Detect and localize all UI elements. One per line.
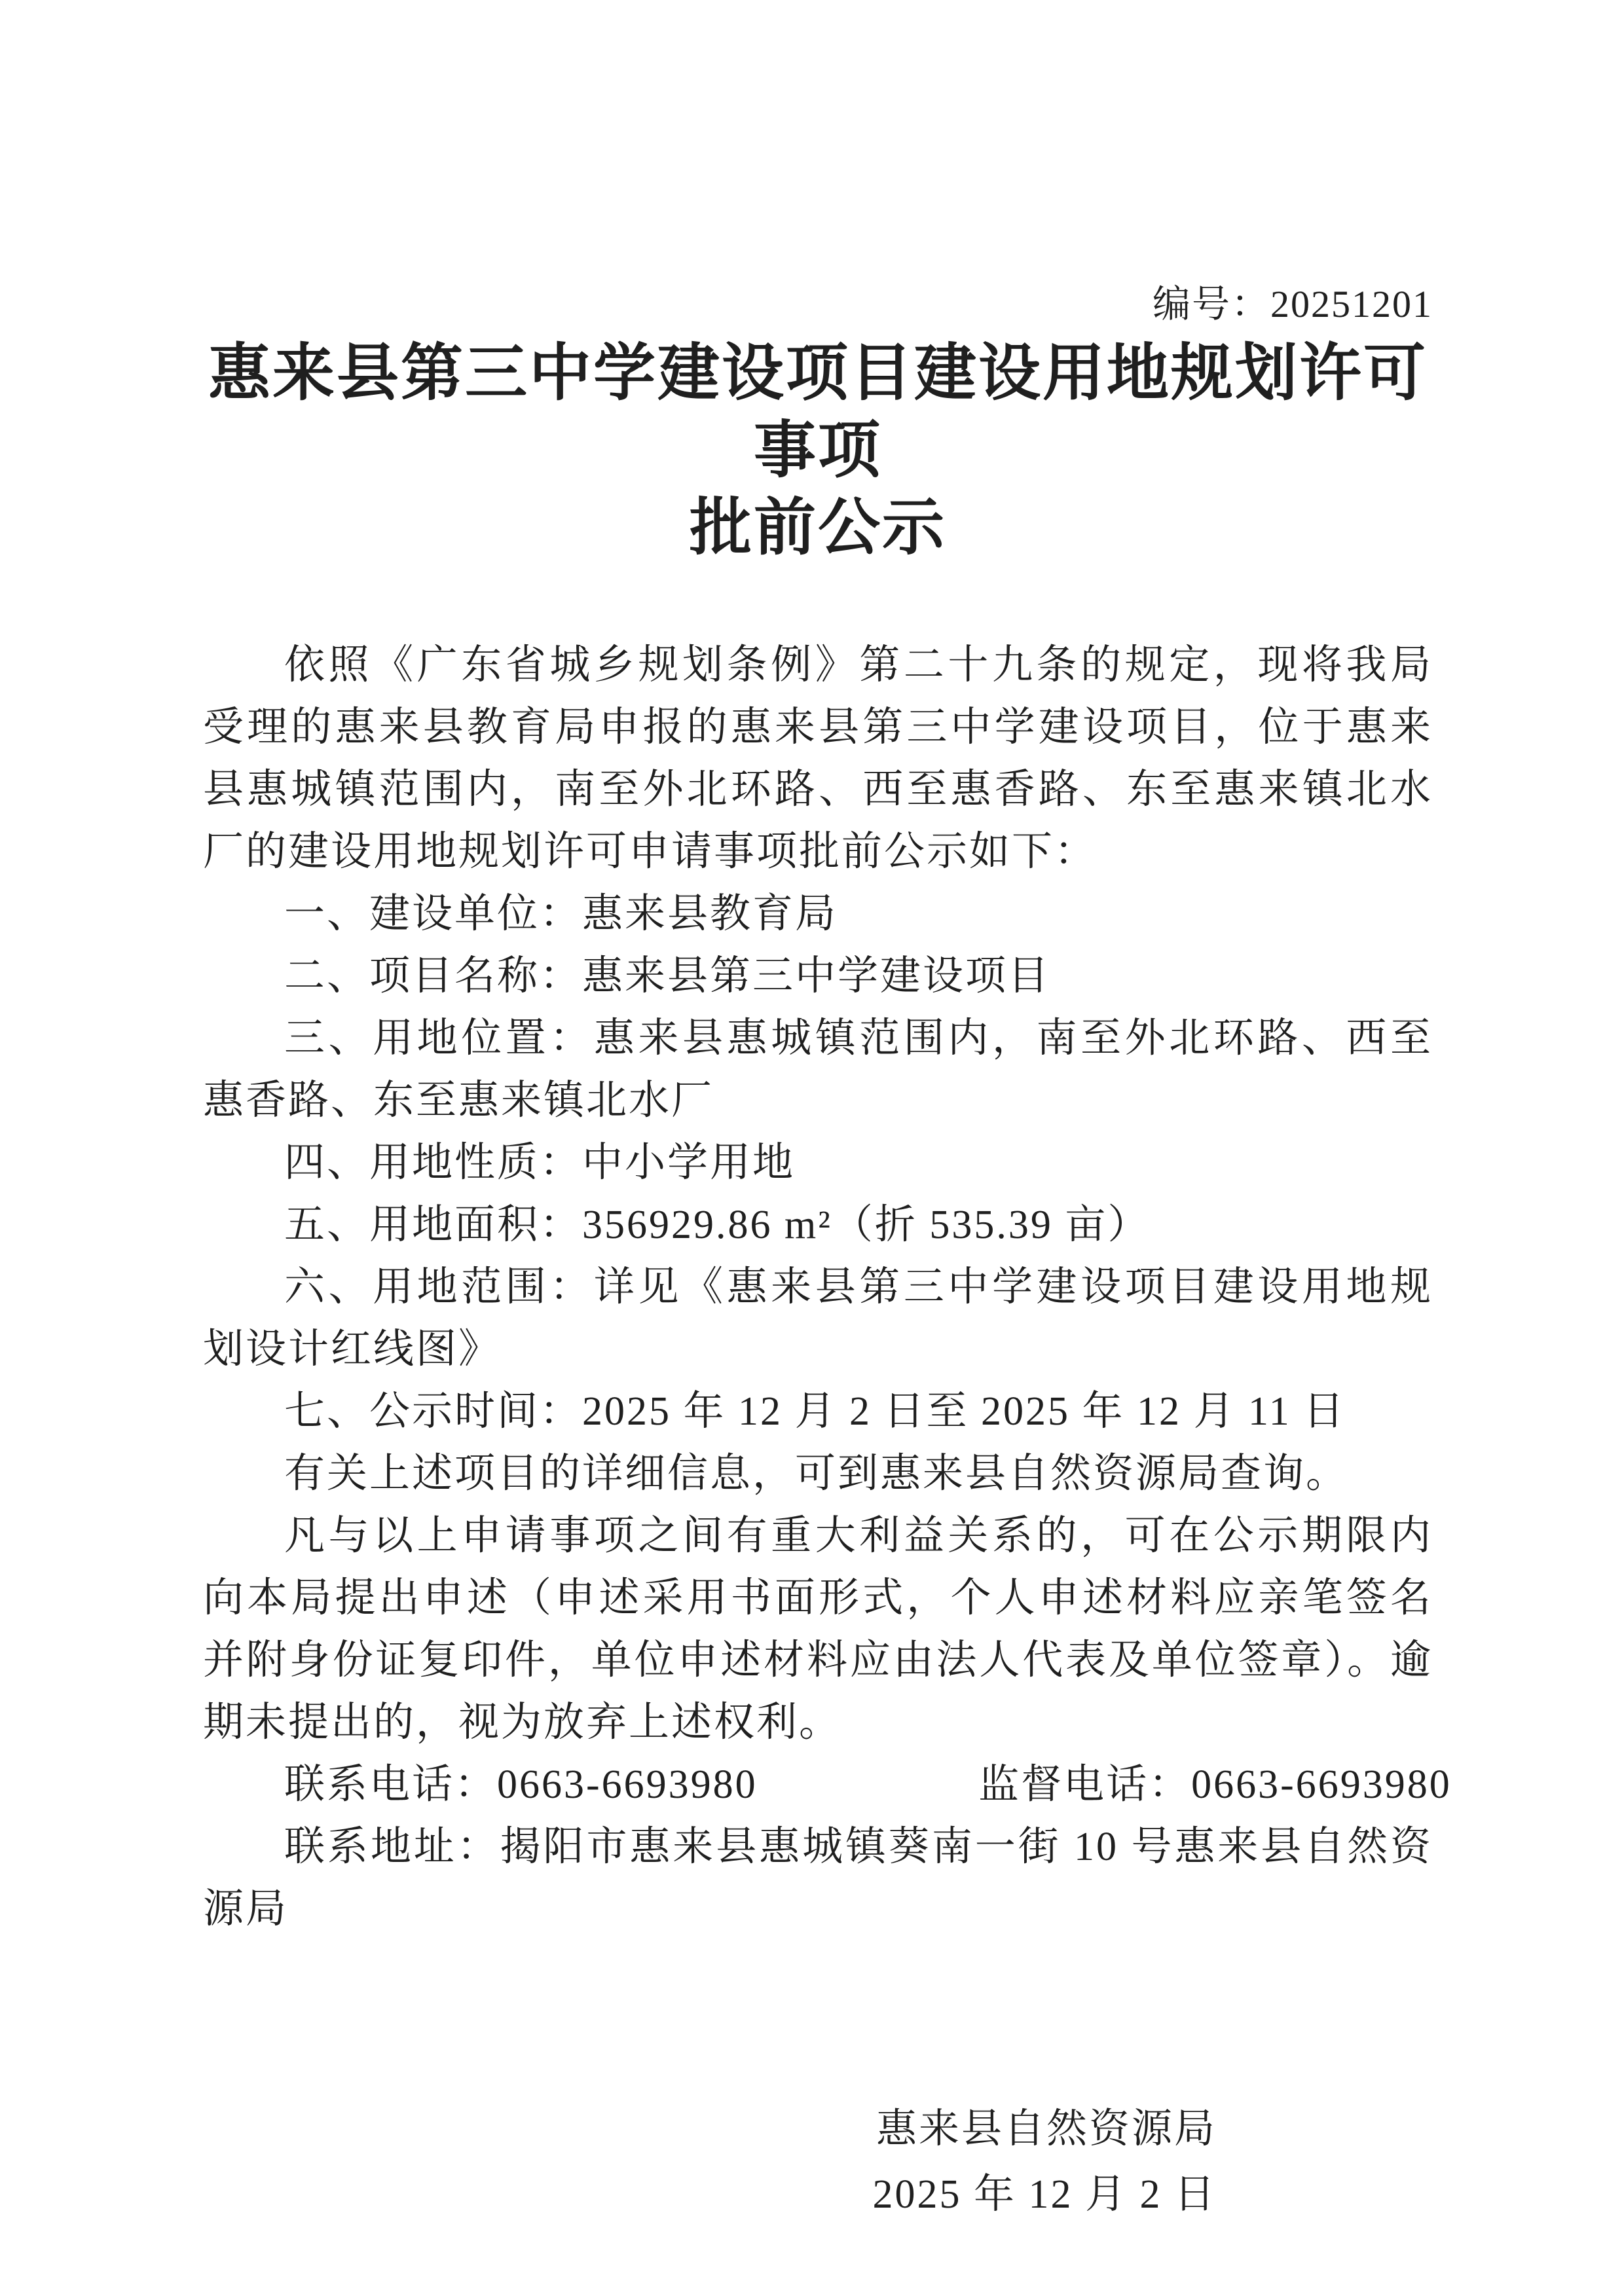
document-page: 编号：20251201 惠来县第三中学建设项目建设用地规划许可事项 批前公示 依… xyxy=(0,0,1624,2296)
issue-date: 2025 年 12 月 2 日 xyxy=(203,2162,1217,2227)
item-project-name: 二、项目名称：惠来县第三中学建设项目 xyxy=(203,945,1433,1008)
contact-address: 联系地址：揭阳市惠来县惠城镇葵南一街 10 号惠来县自然资源局 xyxy=(203,1816,1433,1941)
paragraph-phones: 联系电话：0663-6693980 监督电话：0663-6693980 xyxy=(203,1754,1433,1816)
page-title-line-1: 惠来县第三中学建设项目建设用地规划许可事项 xyxy=(203,335,1433,489)
item-construction-unit: 一、建设单位：惠来县教育局 xyxy=(203,883,1433,945)
paragraph-info-note: 有关上述项目的详细信息，可到惠来县自然资源局查询。 xyxy=(203,1443,1433,1505)
item-publicity-period: 七、公示时间：2025 年 12 月 2 日至 2025 年 12 月 11 日 xyxy=(203,1381,1433,1443)
supervision-phone: 监督电话：0663-6693980 xyxy=(897,1754,1452,1816)
issuer-signature: 惠来县自然资源局 xyxy=(203,2096,1217,2162)
contact-phone: 联系电话：0663-6693980 xyxy=(284,1762,758,1807)
signature-block: 惠来县自然资源局 2025 年 12 月 2 日 xyxy=(203,2096,1433,2227)
page-title-line-2: 批前公示 xyxy=(203,489,1433,566)
page-title: 惠来县第三中学建设项目建设用地规划许可事项 批前公示 xyxy=(203,335,1433,566)
item-land-scope: 六、用地范围：详见《惠来县第三中学建设项目建设用地规划设计红线图》 xyxy=(203,1256,1433,1381)
document-content: 编号：20251201 惠来县第三中学建设项目建设用地规划许可事项 批前公示 依… xyxy=(0,0,1624,2227)
document-body: 依照《广东省城乡规划条例》第二十九条的规定，现将我局受理的惠来县教育局申报的惠来… xyxy=(203,634,1433,1941)
item-land-area: 五、用地面积：356929.86 m²（折 535.39 亩） xyxy=(203,1194,1433,1256)
paragraph-objection-note: 凡与以上申请事项之间有重大利益关系的，可在公示期限内向本局提出申述（申述采用书面… xyxy=(203,1505,1433,1754)
doc-number: 编号：20251201 xyxy=(203,278,1433,331)
item-land-use-nature: 四、用地性质：中小学用地 xyxy=(203,1132,1433,1194)
paragraph-intro: 依照《广东省城乡规划条例》第二十九条的规定，现将我局受理的惠来县教育局申报的惠来… xyxy=(203,634,1433,883)
item-land-location: 三、用地位置：惠来县惠城镇范围内，南至外北环路、西至惠香路、东至惠来镇北水厂 xyxy=(203,1008,1433,1132)
